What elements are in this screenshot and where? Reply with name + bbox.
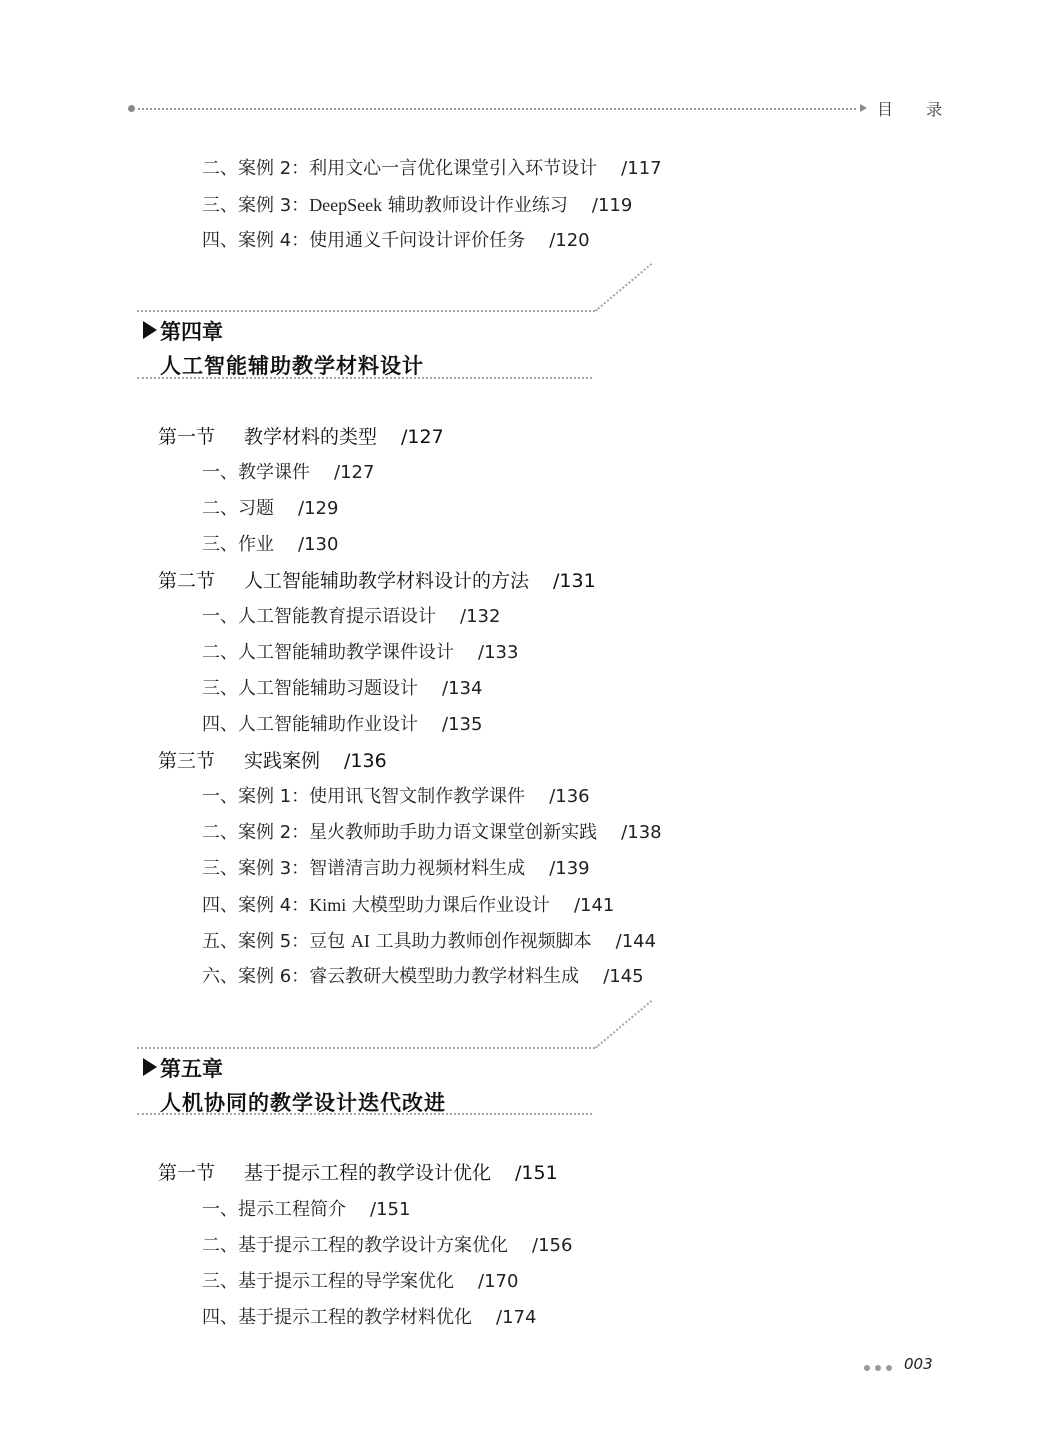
chapter-divider-top [137,1047,595,1049]
toc-section[interactable]: 第三节实践案例/136 [158,749,387,773]
toc-item[interactable]: 五、案例 5：豆包 AI 工具助力教师创作视频脚本/144 [202,929,656,954]
page-ref: /127 [334,461,374,485]
chapter-marker-triangle-icon [143,321,157,339]
chapter-divider-diagonal [595,263,652,311]
toc-section[interactable]: 第一节基于提示工程的教学设计优化/151 [158,1161,558,1185]
toc-item[interactable]: 三、案例 3：智谱清言助力视频材料生成/139 [202,857,590,881]
toc-item[interactable]: 二、案例 2：星火教师助手助力语文课堂创新实践/138 [202,821,662,845]
page-ref: /139 [549,857,589,881]
chapter-divider-bottom [137,377,592,379]
page-ref: /151 [370,1198,410,1222]
toc-item[interactable]: 三、基于提示工程的导学案优化/170 [202,1270,518,1294]
chapter-number: 第四章 [160,316,223,346]
toc-item[interactable]: 二、习题/129 [202,497,338,521]
page-ref: /144 [616,930,656,954]
toc-section[interactable]: 第一节教学材料的类型/127 [158,425,444,449]
page-ref: /156 [532,1234,572,1258]
toc-item[interactable]: 一、教学课件/127 [202,461,374,485]
page-ref: /133 [478,641,518,665]
chapter-divider-diagonal [595,1000,652,1048]
footer-dot-icon [875,1365,881,1371]
chapter-marker-triangle-icon [143,1058,157,1076]
toc-item[interactable]: 三、案例 3：DeepSeek 辅助教师设计作业练习/119 [202,193,632,218]
toc-item[interactable]: 一、提示工程简介/151 [202,1198,410,1222]
toc-item[interactable]: 二、案例 2：利用文心一言优化课堂引入环节设计/117 [202,157,662,181]
page-ref: /129 [298,497,338,521]
page-ref: /141 [574,894,614,918]
chapter-divider-bottom [137,1113,592,1115]
toc-item[interactable]: 一、人工智能教育提示语设计/132 [202,605,500,629]
page-ref: /120 [549,229,589,253]
header-dotted-rule [138,108,856,110]
page-number: 003 [904,1355,933,1373]
toc-item[interactable]: 四、人工智能辅助作业设计/135 [202,713,482,737]
running-header-title: 目 录 [877,97,956,120]
page-ref: /119 [592,194,632,218]
page-ref: /170 [478,1270,518,1294]
header-bullet-icon [128,105,135,112]
page-ref: /136 [344,749,387,773]
toc-item[interactable]: 二、基于提示工程的教学设计方案优化/156 [202,1234,572,1258]
chapter-number: 第五章 [160,1053,223,1083]
page-ref: /174 [496,1306,536,1330]
toc-item[interactable]: 三、作业/130 [202,533,338,557]
toc-item[interactable]: 四、基于提示工程的教学材料优化/174 [202,1306,536,1330]
page-ref: /134 [442,677,482,701]
page-ref: /136 [549,785,589,809]
page-ref: /130 [298,533,338,557]
header-arrow-icon [860,104,867,112]
page-ref: /138 [621,821,661,845]
page-ref: /145 [603,965,643,989]
page-ref: /127 [401,425,444,449]
page-ref: /151 [515,1161,558,1185]
chapter-title: 人工智能辅助教学材料设计 [160,350,424,380]
toc-item[interactable]: 六、案例 6：睿云教研大模型助力教学材料生成/145 [202,965,644,989]
toc-item[interactable]: 四、案例 4：Kimi 大模型助力课后作业设计/141 [202,893,614,918]
toc-item[interactable]: 一、案例 1：使用讯飞智文制作教学课件/136 [202,785,590,809]
chapter-divider-top [137,310,595,312]
toc-item[interactable]: 三、人工智能辅助习题设计/134 [202,677,482,701]
toc-item[interactable]: 二、人工智能辅助教学课件设计/133 [202,641,518,665]
page-ref: /131 [553,569,596,593]
page-ref: /135 [442,713,482,737]
toc-section[interactable]: 第二节人工智能辅助教学材料设计的方法/131 [158,569,596,593]
footer-dot-icon [886,1365,892,1371]
toc-item[interactable]: 四、案例 4：使用通义千问设计评价任务/120 [202,229,590,253]
page-ref: /132 [460,605,500,629]
footer-dot-icon [864,1365,870,1371]
page-ref: /117 [621,157,661,181]
